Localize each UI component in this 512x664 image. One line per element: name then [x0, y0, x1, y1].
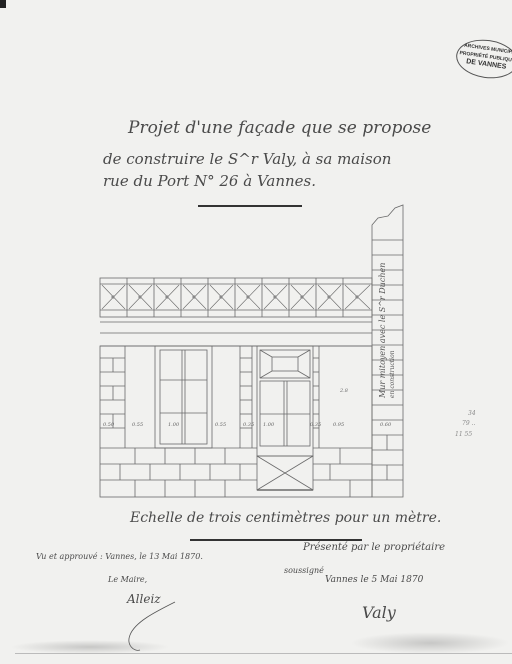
- dimension-label: 1.00: [168, 422, 179, 428]
- scale-underline: [190, 539, 362, 541]
- scale-caption: Echelle de trois centimètres pour un mèt…: [130, 510, 441, 526]
- approval-line-1: Vu et approuvé : Vannes, le 13 Mai 1870.: [36, 552, 203, 561]
- submission-line-3: Vannes le 5 Mai 1870: [325, 575, 423, 585]
- height-dimension-label: 2.8: [340, 388, 348, 394]
- margin-note-1: 34: [468, 410, 476, 417]
- approval-line-2: Le Maire,: [108, 575, 147, 584]
- submission-line-2: soussigné: [284, 566, 324, 575]
- dimension-label: 0.60: [380, 422, 391, 428]
- owner-signature: Valy: [362, 603, 396, 622]
- scan-noise: [350, 632, 510, 654]
- dimension-label: 0.95: [333, 422, 344, 428]
- dimension-label: 0.55: [215, 422, 226, 428]
- document-sheet: ARCHIVES MUNICIP. PROPRIÉTÉ PUBLIQUE DE …: [0, 0, 512, 664]
- side-note-line-1: Mur mitoyen avec le S^r Duchen: [378, 263, 387, 398]
- dimension-label: 0.50: [103, 422, 114, 428]
- margin-note-2: 79 ..: [462, 420, 475, 427]
- side-note-line-2: en construction: [389, 350, 396, 398]
- dimension-label: 0.55: [132, 422, 143, 428]
- scan-noise: [10, 640, 170, 654]
- submission-line-1: Présenté par le propriétaire: [303, 542, 445, 553]
- facade-drawing: [0, 0, 512, 664]
- dimension-label: 0.35: [243, 422, 254, 428]
- dimension-label: 0.35: [310, 422, 321, 428]
- page-bottom-edge: [15, 653, 512, 654]
- dimension-label: 1.00: [263, 422, 274, 428]
- margin-note-3: 11 55: [455, 431, 472, 438]
